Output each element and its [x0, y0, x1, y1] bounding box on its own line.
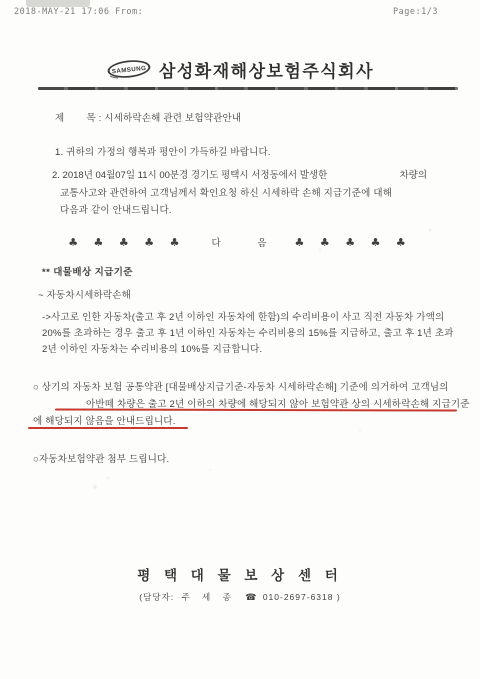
fax-timestamp: 2018-MAY-21 17:06 From:	[14, 7, 143, 17]
company-name: 삼성화재해상보험주식회사	[159, 57, 374, 82]
incident-line-tail: 차량의	[399, 167, 427, 181]
contact-line: (담당자: 주 세 종 ☎ 010-2697-6318 )	[0, 591, 480, 603]
scan-smudge	[26, 0, 90, 7]
fax-transmission-header: 2018-MAY-21 17:06 From: Page:1/3	[0, 7, 480, 17]
samsung-logo-icon: SAMSUNG	[106, 59, 152, 81]
section-separator: ♣ ♣ ♣ ♣ ♣ 다 음 ♣ ♣ ♣ ♣ ♣	[0, 235, 480, 249]
contact-prefix: (담당자:	[139, 592, 174, 602]
incident-line-3: 다음과 같이 안내드립니다.	[60, 202, 172, 216]
contact-suffix: )	[337, 592, 341, 602]
notice-line-1: ○ 상기의 자동차 보험 공통약관 [대물배상지급기준-자동차 시세하락손해] …	[33, 379, 449, 393]
subject-word-je: 제	[55, 113, 64, 124]
notice-line-3-underlined: 에 해당되지 않음을 안내드립니다.	[33, 413, 176, 427]
rule-paragraph-line-3: 2년 이하인 자동차는 수리비용의 10%를 지급합니다.	[42, 341, 262, 355]
red-underline-2	[28, 427, 188, 429]
header-divider-rule	[38, 87, 458, 90]
fax-document-page: 2018-MAY-21 17:06 From: Page:1/3 SAMSUNG…	[0, 0, 480, 679]
red-underline-1	[55, 408, 457, 411]
contact-phone-number: 010-2697-6318	[263, 592, 334, 602]
subject-line: 제목 : 시세하락손해 관련 보험약관안내	[55, 110, 241, 124]
contact-person-name: 주 세 종	[181, 592, 235, 602]
standard-subheading: ~ 자동차시세하락손해	[38, 287, 131, 301]
incident-line-main: 2. 2018년 04월07일 11시 00분경 경기도 평택시 서정동에서 발…	[52, 167, 327, 181]
fax-page-indicator: Page:1/3	[393, 7, 438, 17]
subject-text: 목 : 시세하락손해 관련 보험약관안내	[86, 113, 241, 124]
clubs-right-icons: ♣ ♣ ♣ ♣ ♣	[295, 236, 412, 249]
rule-paragraph-line-1: ->사고로 인한 자동차(출고 후 2년 이하인 자동차에 한함)의 수리비용이…	[42, 309, 444, 323]
clubs-left-icons: ♣ ♣ ♣ ♣ ♣	[68, 236, 185, 249]
attachment-line: ○자동차보험약관 첨부 드립니다.	[33, 451, 169, 465]
incident-line: 2. 2018년 04월07일 11시 00분경 경기도 평택시 서정동에서 발…	[52, 167, 427, 181]
phone-icon: ☎	[245, 592, 257, 602]
rule-paragraph-line-2: 20%를 초과하는 경우 출고 후 1년 이하인 자동차는 수리비용의 15%를…	[42, 325, 454, 339]
standard-heading: ** 대물배상 지급기준	[42, 264, 133, 278]
greeting-line: 1. 귀하의 가정의 행복과 평안이 가득하길 바랍니다.	[55, 144, 271, 158]
compensation-center-name: 평 택 대 물 보 상 센 터	[0, 564, 480, 584]
separator-label: 다 음	[212, 235, 269, 249]
incident-line-2: 교통사고와 관련하여 고객님께서 확인요청 하신 시세하락 손해 지급기준에 대…	[60, 185, 392, 199]
company-header: SAMSUNG 삼성화재해상보험주식회사	[0, 57, 480, 82]
